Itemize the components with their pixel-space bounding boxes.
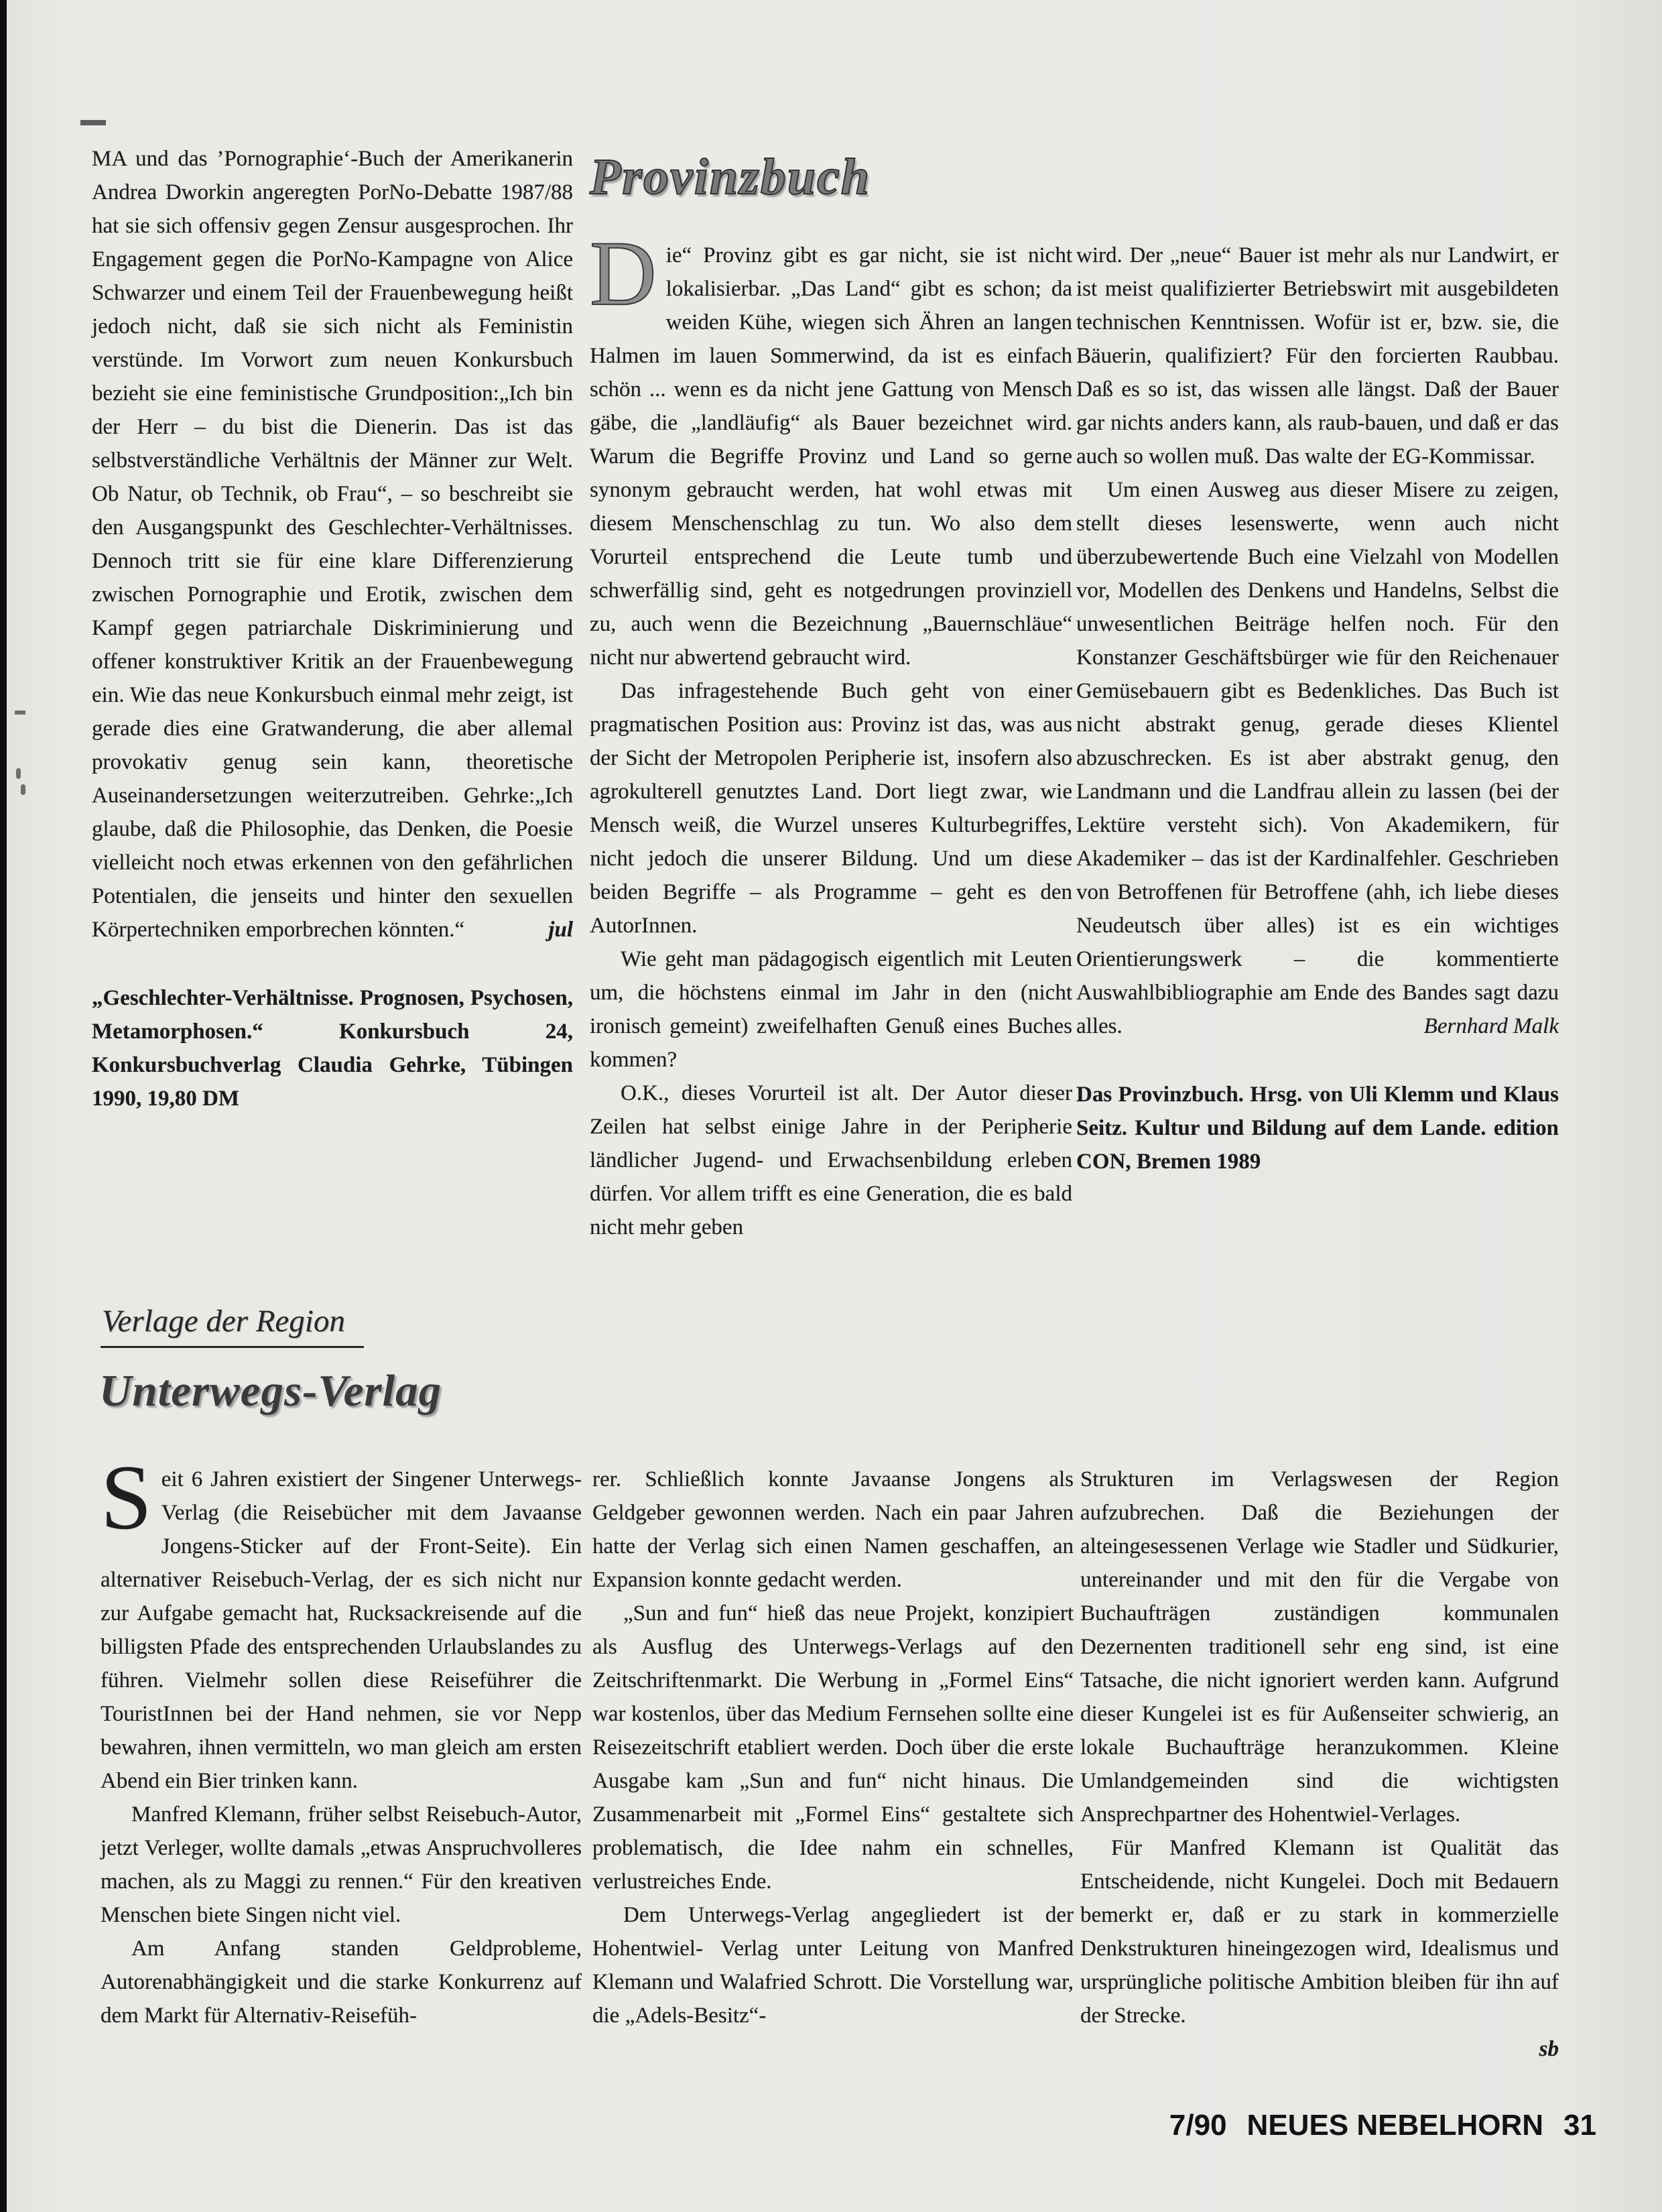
scan-artifact: [16, 768, 21, 779]
drop-cap: D: [590, 239, 666, 307]
paragraph: Für Manfred Klemann ist Qualität das Ent…: [1080, 1831, 1559, 2032]
article-title-unterwegs-verlag: Unterwegs-Verlag: [99, 1366, 442, 1416]
article-title-provinzbuch: Provinzbuch: [590, 150, 1072, 204]
book-citation: Das Provinzbuch. Hrsg. von Uli Klemm und…: [1076, 1078, 1559, 1178]
page-footer: 7/90NEUES NEBELHORN31: [1169, 2109, 1596, 2142]
drop-cap: S: [101, 1463, 162, 1531]
author-signature: sb: [1080, 2032, 1559, 2066]
paragraph-text: eit 6 Jahren existiert der Singener Unte…: [101, 1467, 582, 1793]
paragraph-text: ie“ Provinz gibt es gar nicht, sie ist n…: [590, 243, 1072, 670]
paragraph: Strukturen im Verlagswesen der Region au…: [1080, 1463, 1559, 1831]
paragraph: O.K., dieses Vorurteil ist alt. Der Auto…: [590, 1077, 1072, 1244]
article-provinzbuch-column-2: wird. Der „neue“ Bauer ist mehr als nur …: [1076, 239, 1559, 1178]
paragraph: „Sun and fun“ hieß das neue Projekt, kon…: [592, 1597, 1074, 1898]
footer-page-number: 31: [1563, 2109, 1596, 2142]
article-konkursbuch-column: MA und das ’Pornographie‘-Buch der Ameri…: [92, 142, 573, 1115]
scan-artifact: [15, 711, 25, 715]
paragraph: Das infragestehende Buch geht von einer …: [590, 674, 1072, 942]
footer-issue: 7/90: [1169, 2109, 1227, 2142]
article-provinzbuch-column-1: Provinzbuch Die“ Provinz gibt es gar nic…: [590, 150, 1072, 1244]
paragraph: wird. Der „neue“ Bauer ist mehr als nur …: [1076, 239, 1559, 473]
paragraph: Wie geht man pädagogisch eigentlich mit …: [590, 942, 1072, 1077]
section-kicker: Verlage der Region: [101, 1303, 364, 1348]
paragraph: rer. Schließlich konnte Javaanse Jongens…: [592, 1463, 1074, 1597]
paragraph: Manfred Klemann, früher selbst Reisebuch…: [101, 1798, 582, 1932]
paragraph: Die“ Provinz gibt es gar nicht, sie ist …: [590, 239, 1072, 674]
paragraph: Am Anfang standen Geldprobleme, Autorena…: [101, 1932, 582, 2032]
article-unterwegs-column-2: rer. Schließlich konnte Javaanse Jongens…: [592, 1463, 1074, 2032]
scan-artifact: [21, 784, 25, 795]
scan-artifact: [80, 120, 106, 125]
paragraph: Um einen Ausweg aus dieser Misere zu zei…: [1076, 473, 1559, 1043]
magazine-page: { "konkursbuch": { "body": "MA und das ’…: [0, 0, 1662, 2212]
paragraph: Dem Unterwegs-Verlag angegliedert ist de…: [592, 1898, 1074, 2032]
footer-magazine-name: NEUES NEBELHORN: [1247, 2109, 1544, 2142]
book-citation: „Geschlechter-Verhältnisse. Prognosen, P…: [92, 981, 573, 1115]
paragraph: Seit 6 Jahren existiert der Singener Unt…: [101, 1463, 582, 1798]
article-unterwegs-column-1: Seit 6 Jahren existiert der Singener Unt…: [101, 1463, 582, 2032]
paragraph: MA und das ’Pornographie‘-Buch der Ameri…: [92, 142, 573, 946]
scan-edge-bar: [0, 0, 7, 2212]
author-signature: Bernhard Malk: [1076, 1009, 1559, 1043]
article-unterwegs-column-3: Strukturen im Verlagswesen der Region au…: [1080, 1463, 1559, 2066]
